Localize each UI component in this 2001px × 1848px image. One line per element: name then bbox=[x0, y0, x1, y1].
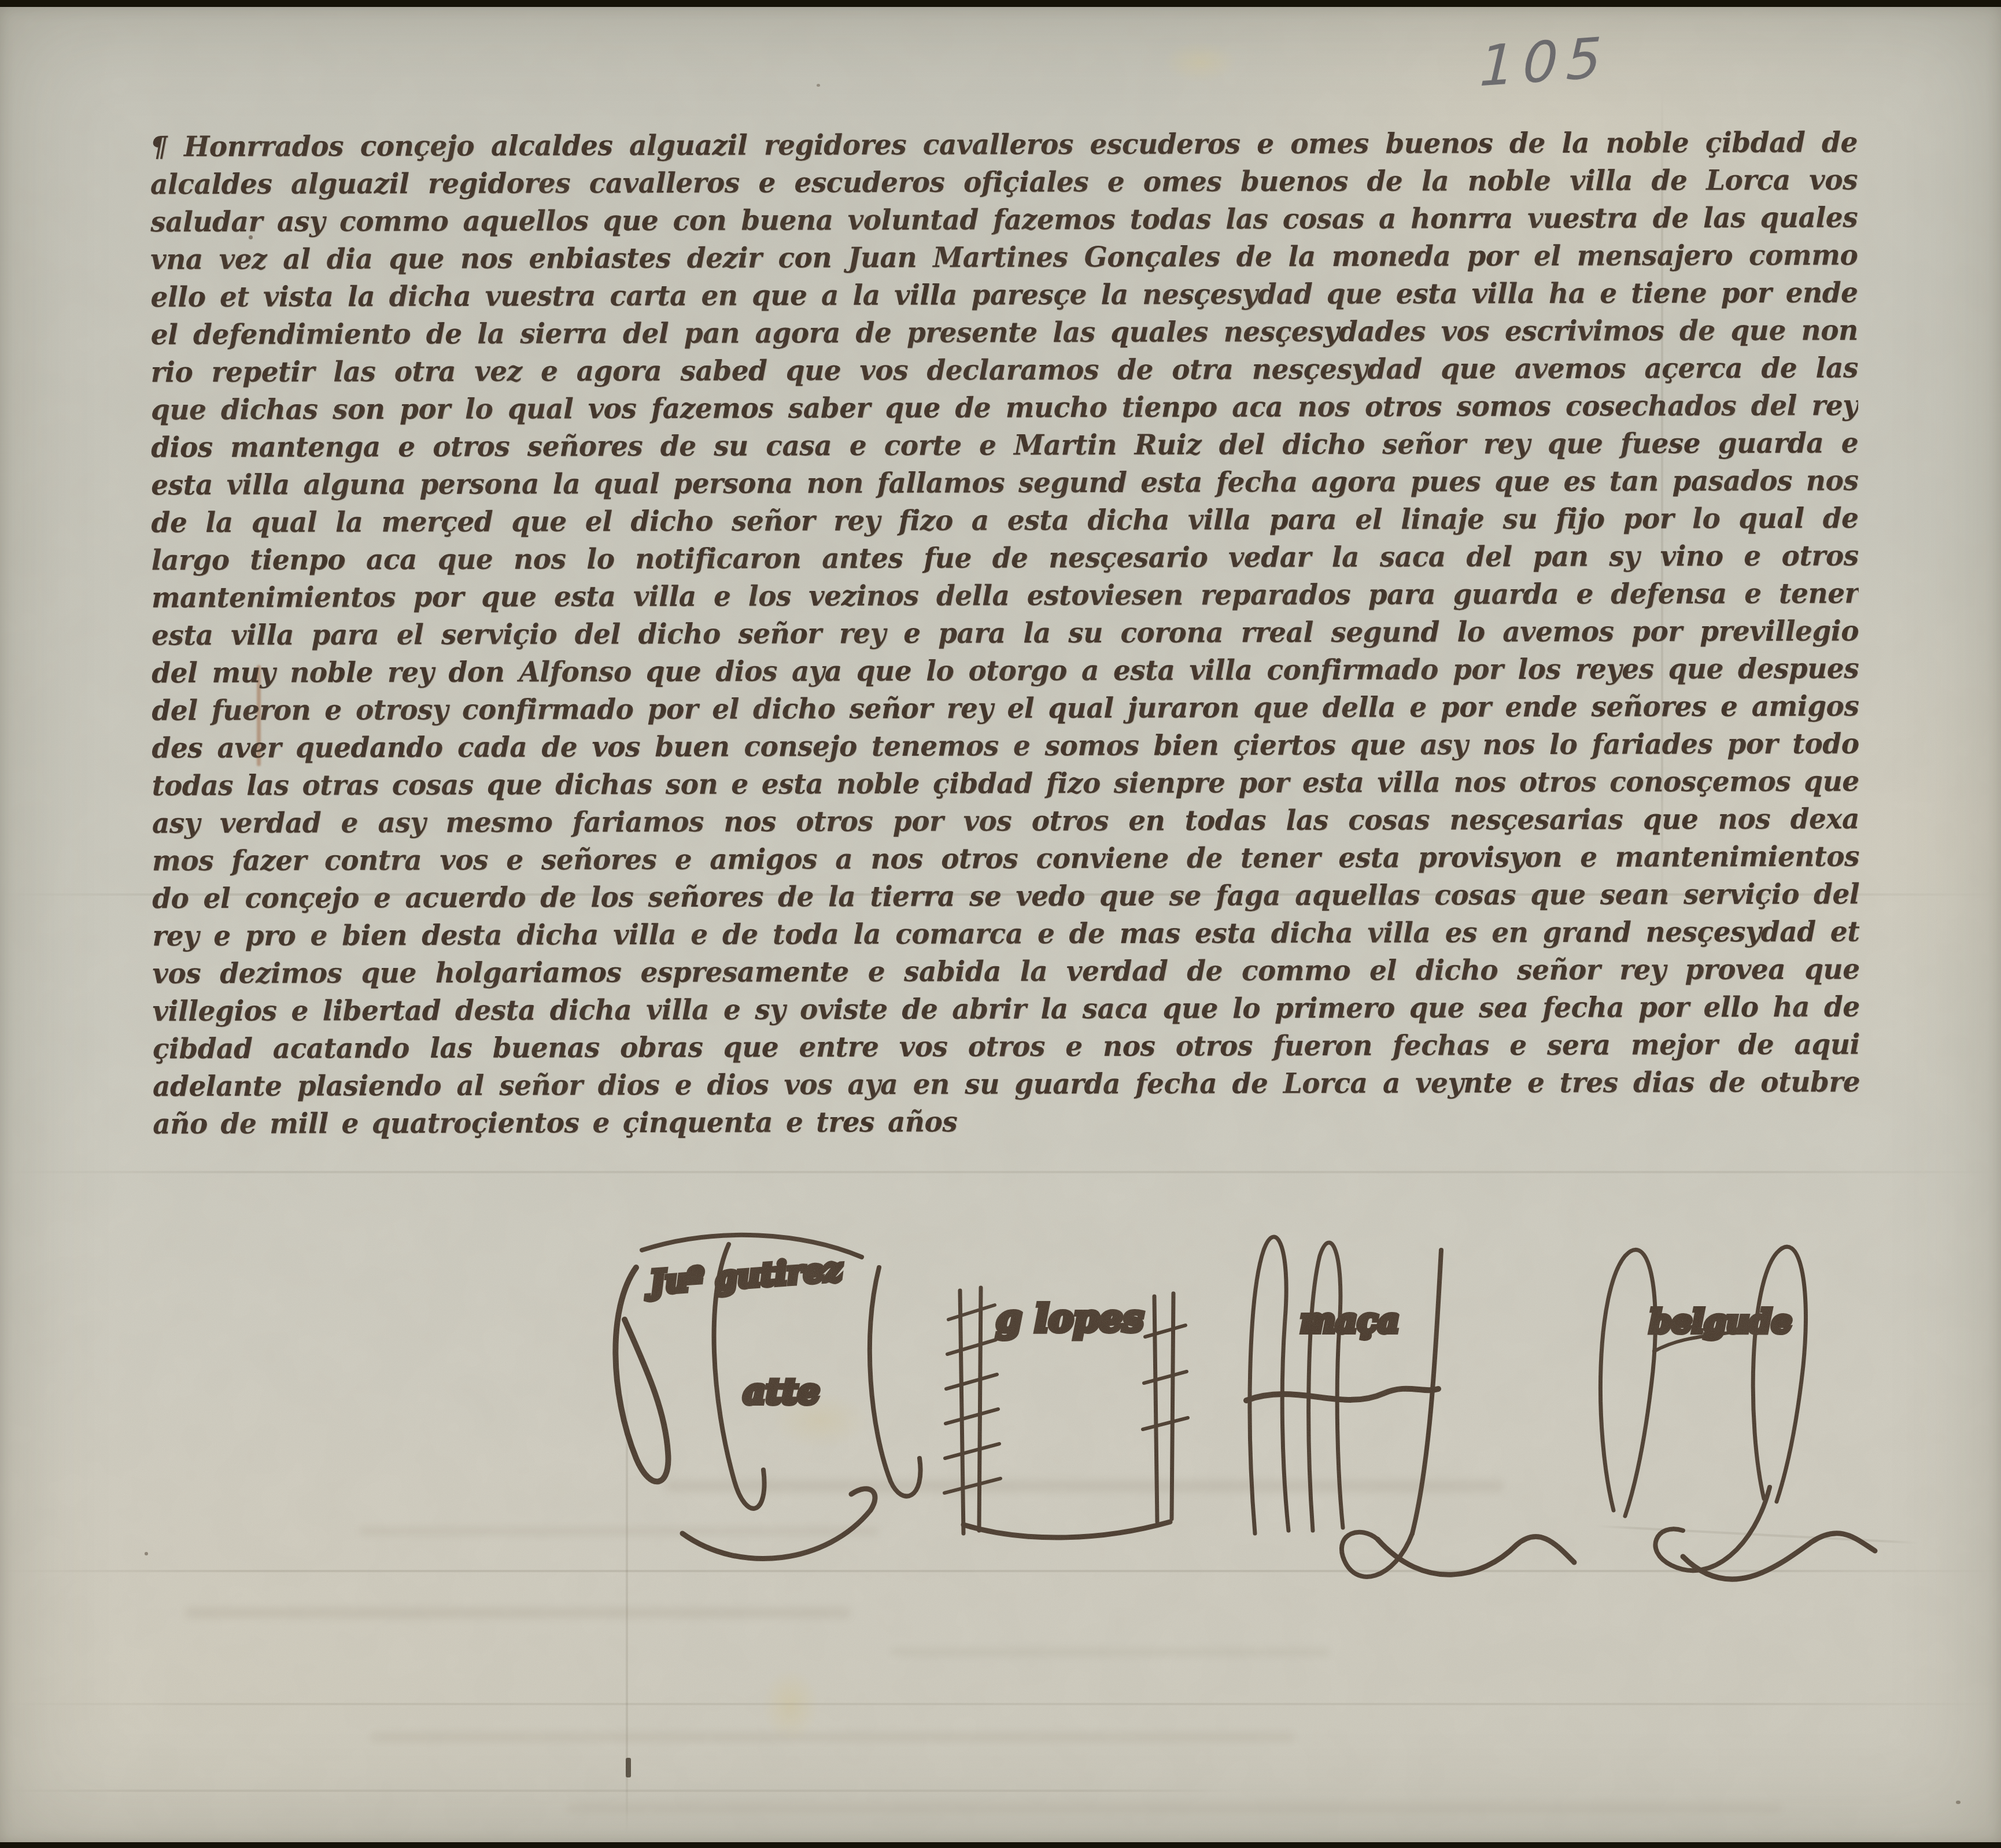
text-line: vna vez al dia que nos enbiastes dezir c… bbox=[150, 236, 1858, 280]
text-line: mantenimientos por que esta villa e los … bbox=[152, 575, 1859, 618]
text-line: rey e pro e bien desta dicha villa e de … bbox=[152, 913, 1859, 956]
signature-rubric-2: g lopes bbox=[944, 1288, 1188, 1537]
text-line: des aver quedando cada de vos buen conse… bbox=[152, 725, 1859, 768]
text-line: esta villa para el serviçio del dicho se… bbox=[152, 612, 1859, 656]
showthrough-mark bbox=[567, 1804, 1781, 1812]
text-line: dios mantenga e otros señores de su casa… bbox=[151, 424, 1858, 468]
scan-edge-bottom bbox=[0, 1842, 2001, 1848]
signature-block: Juº gutirez atte g lopes bbox=[555, 1210, 1885, 1614]
signature-2-label: g lopes bbox=[996, 1297, 1144, 1340]
text-line: ¶ Honrrados conçejo alcaldes alguazil re… bbox=[150, 124, 1858, 167]
signature-rubric-3: maça bbox=[1246, 1237, 1574, 1577]
text-line: que dichas son por lo qual vos fazemos s… bbox=[151, 387, 1858, 430]
signature-rubric-1: Juº gutirez atte bbox=[615, 1235, 920, 1559]
text-line: adelante plasiendo al señor dios e dios … bbox=[153, 1063, 1860, 1107]
text-line: do el conçejo e acuerdo de los señores d… bbox=[152, 875, 1859, 919]
fold-crease-horizontal-5 bbox=[0, 1790, 1241, 1792]
text-line: esta villa alguna persona la qual person… bbox=[151, 462, 1858, 505]
paper-sheet: 105 ¶ Honrrados conçejo alcaldes alguazi… bbox=[0, 7, 2001, 1843]
ink-speck bbox=[145, 1552, 148, 1555]
text-line: alcaldes alguazil regidores cavalleros e… bbox=[150, 161, 1858, 205]
signature-1-sublabel: atte bbox=[743, 1372, 819, 1412]
text-line: todas las otras cosas que dichas son e e… bbox=[152, 763, 1859, 806]
showthrough-mark bbox=[891, 1648, 1330, 1657]
text-line: ello et vista la dicha vuestra carta en … bbox=[150, 274, 1858, 317]
text-line: el defendimiento de la sierra del pan ag… bbox=[151, 312, 1858, 355]
text-line: mos fazer contra vos e señores e amigos … bbox=[152, 838, 1859, 881]
text-line: villegios e libertad desta dicha villa e… bbox=[153, 988, 1860, 1032]
signature-rubric-4: belgude bbox=[1600, 1247, 1875, 1579]
text-line: çibdad acatando las buenas obras que ent… bbox=[153, 1026, 1860, 1069]
text-line: vos dezimos que holgariamos espresamente… bbox=[152, 951, 1859, 994]
text-line: rio repetir las otra vez e agora sabed q… bbox=[151, 349, 1858, 393]
ink-mark bbox=[626, 1758, 631, 1777]
text-line: del fueron e otrosy confirmado por el di… bbox=[152, 688, 1859, 731]
signature-3-label: maça bbox=[1300, 1301, 1400, 1340]
fold-crease-horizontal-2 bbox=[0, 1171, 2001, 1173]
text-line: saludar asy commo aquellos que con buena… bbox=[150, 199, 1858, 242]
text-line: del muy noble rey don Alfonso que dios a… bbox=[152, 650, 1859, 693]
manuscript-text-block: ¶ Honrrados conçejo alcaldes alguazil re… bbox=[150, 124, 1860, 1143]
manuscript-scan: 105 ¶ Honrrados conçejo alcaldes alguazi… bbox=[0, 0, 2001, 1848]
ink-speck bbox=[1956, 1801, 1961, 1804]
text-line: largo tienpo aca que nos lo notificaron … bbox=[152, 537, 1859, 581]
fold-crease-horizontal-4 bbox=[0, 1703, 2001, 1705]
signature-1-label: Juº gutirez bbox=[643, 1250, 844, 1302]
archival-number: 105 bbox=[1478, 24, 1630, 99]
showthrough-mark bbox=[370, 1732, 1295, 1742]
text-line: año de mill e quatroçientos e çinquenta … bbox=[153, 1101, 1860, 1144]
ink-speck bbox=[817, 84, 820, 87]
text-line: asy verdad e asy mesmo fariamos nos otro… bbox=[152, 800, 1859, 844]
text-line: de la qual la merçed que el dicho señor … bbox=[151, 500, 1858, 543]
signature-4-label: belgude bbox=[1649, 1302, 1792, 1340]
